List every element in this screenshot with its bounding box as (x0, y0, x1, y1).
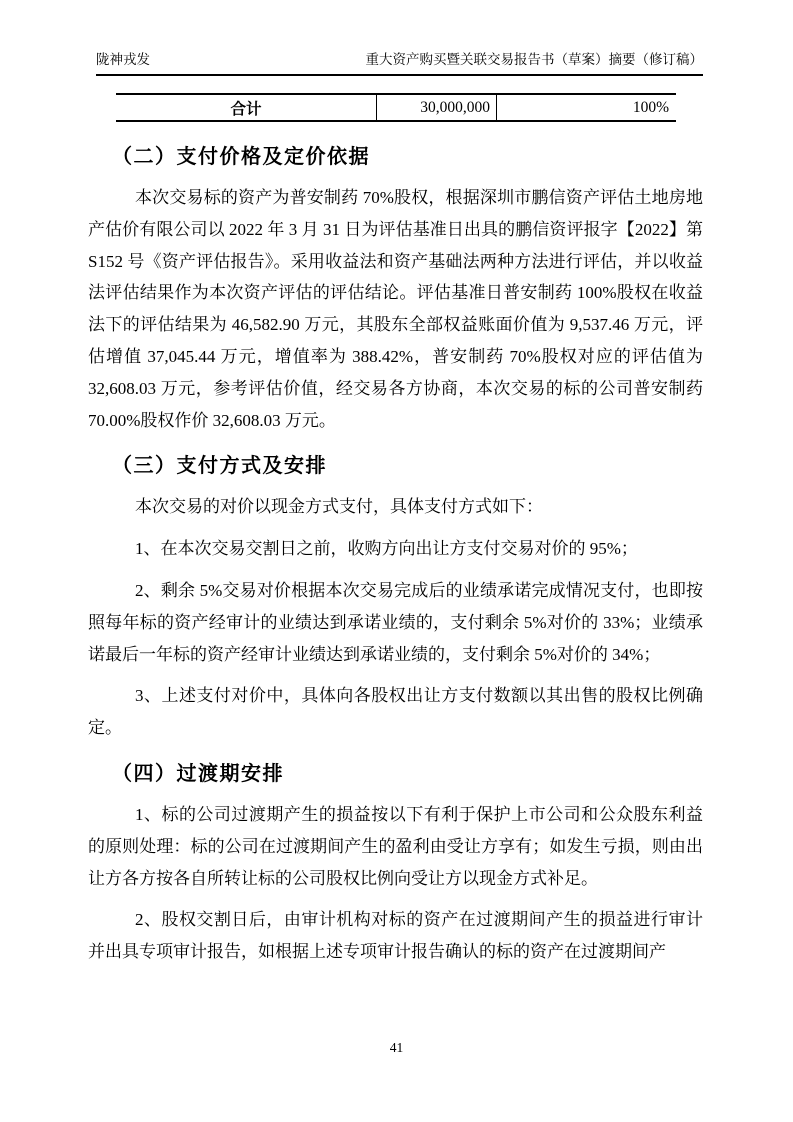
paragraph-transition-item-2: 2、股权交割日后，由审计机构对标的资产在过渡期间产生的损益进行审计并出具专项审计… (88, 904, 703, 968)
page-header: 陇神戎发 重大资产购买暨关联交易报告书（草案）摘要（修订稿） (96, 52, 703, 76)
table-cell-amount: 30,000,000 (376, 95, 496, 120)
paragraph-transition-item-1: 1、标的公司过渡期产生的损益按以下有利于保护上市公司和公众股东利益的原则处理：标… (88, 799, 703, 894)
header-report-title: 重大资产购买暨关联交易报告书（草案）摘要（修订稿） (366, 52, 704, 68)
table-cell-total-label: 合计 (116, 95, 376, 120)
paragraph-valuation-basis: 本次交易标的资产为普安制药 70%股权，根据深圳市鹏信资产评估土地房地产估价有限… (88, 182, 703, 436)
page-number: 41 (0, 1040, 793, 1056)
page-content: 合计 30,000,000 100% （二）支付价格及定价依据 本次交易标的资产… (88, 93, 703, 968)
header-company-name: 陇神戎发 (96, 52, 150, 68)
document-page: 陇神戎发 重大资产购买暨关联交易报告书（草案）摘要（修订稿） 合计 30,000… (0, 0, 793, 1122)
paragraph-payment-intro: 本次交易的对价以现金方式支付，具体支付方式如下： (88, 491, 703, 523)
paragraph-payment-item-3: 3、上述支付对价中，具体向各股权出让方支付数额以其出售的股权比例确定。 (88, 680, 703, 744)
paragraph-payment-item-2: 2、剩余 5%交易对价根据本次交易完成后的业绩承诺完成情况支付，也即按照每年标的… (88, 575, 703, 670)
section-heading-payment-price: （二）支付价格及定价依据 (112, 144, 703, 170)
section-heading-payment-method: （三）支付方式及安排 (112, 453, 703, 479)
table-cell-percent: 100% (496, 95, 676, 120)
paragraph-payment-item-1: 1、在本次交易交割日之前，收购方向出让方支付交易对价的 95%； (88, 533, 703, 565)
section-heading-transition-period: （四）过渡期安排 (112, 761, 703, 787)
total-row-table: 合计 30,000,000 100% (116, 93, 676, 122)
